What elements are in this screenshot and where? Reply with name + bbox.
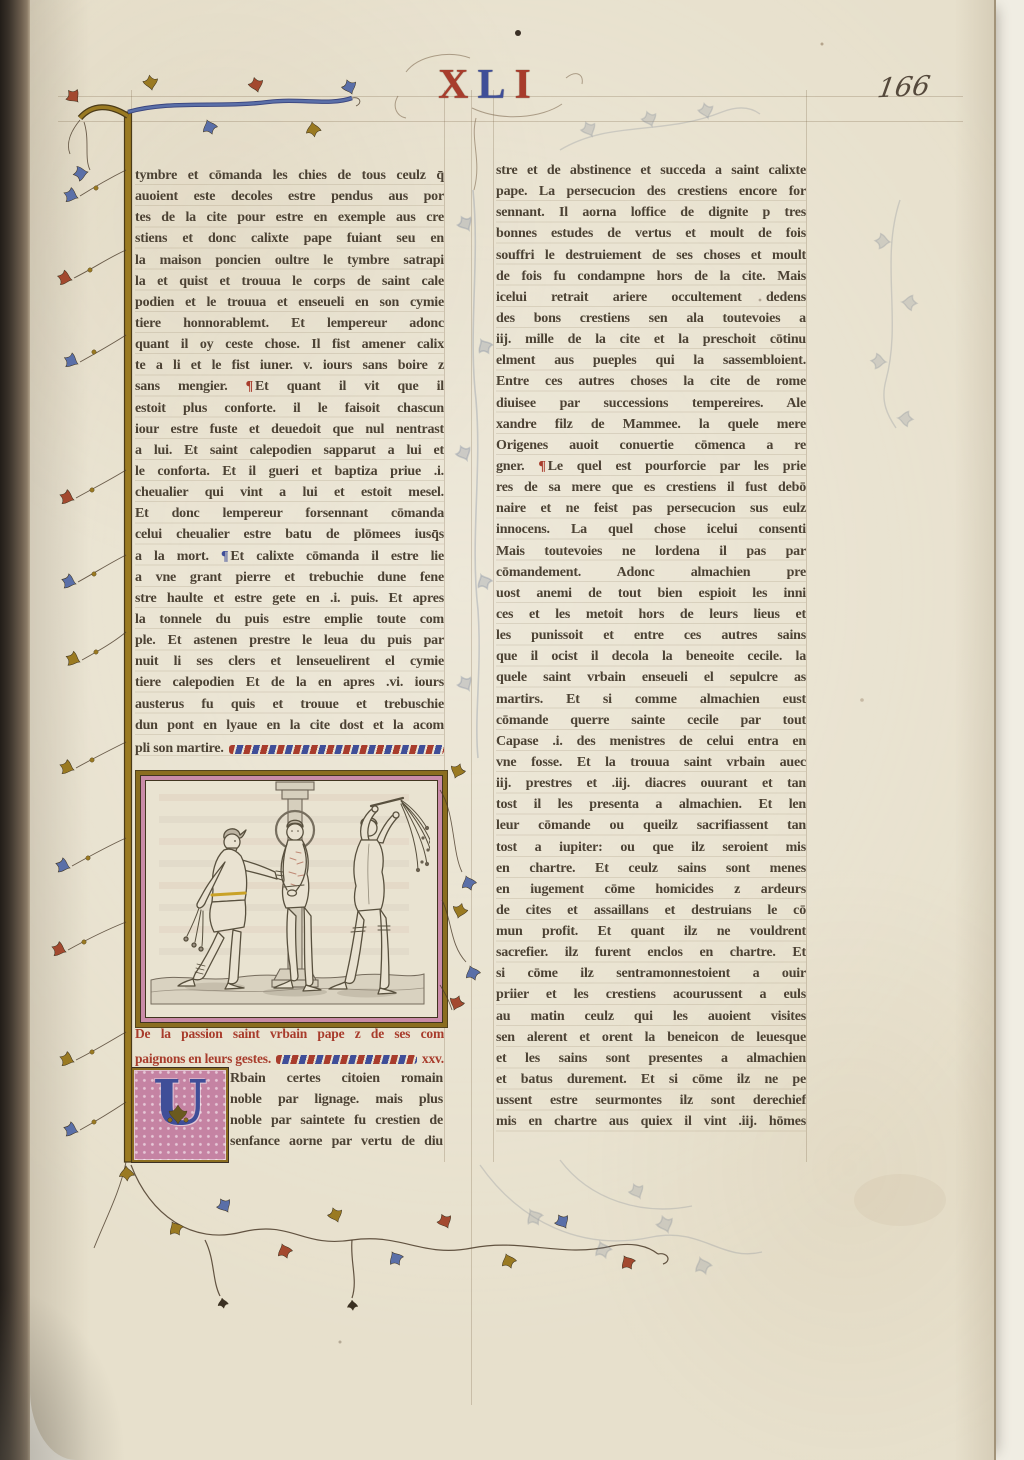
text-line: ussent estre seurmontes ilz sont derechi… [496,1093,806,1114]
text-line: mis en chartre aus quiex il vint .iij. h… [496,1114,806,1135]
text-line: dun pont en lyaue en la cite dost et la … [135,718,444,739]
text-line: tymbre et cōmanda les chies de tous ceul… [135,168,444,189]
line-filler-ornament [229,745,444,754]
text-line: sans mengier. ¶Et quant il vit que il [135,379,444,400]
text-line: pli son martire. [135,739,444,760]
text-line: et les sains sont presentes a almachien [496,1051,806,1072]
initial-foliage-ornament [134,1098,222,1128]
text-line: le conforta. Et il gueri et baptiza priu… [135,464,444,485]
text-line: et batus durement. Et si cōme ilz ne pe [496,1072,806,1093]
miniature-drawing [145,780,430,1010]
ruling-line-vertical [806,90,807,1162]
text-line: austerus fu quis et trouue et trebuschie [135,697,444,718]
text-line: si cōme ilz sentramonnestoient a ouir [496,966,806,987]
text-line: de cites et assaillans et destruians le … [496,903,806,924]
rubric-text: De la passion saint vrbain pape z de ses… [135,1026,444,1070]
text-line: senfance aorne par vertu de diu [230,1134,443,1155]
text-line: cōmandement. Adonc almachien pre [496,565,806,586]
text-line: gner. ¶Le quel est pourforcie par les pr… [496,459,806,480]
ruling-line-vertical [471,90,472,1405]
text-line: iour estre fuste et deuedoit que nul nen… [135,422,444,443]
text-line: iij. mille de la cite et la preschoit cō… [496,332,806,353]
text-line: tost il les presenta a almachien. Et len [496,797,806,818]
text-line: ces et les metoit hors de leurs lieus et [496,607,806,628]
text-line: uost anemi de tout bien espioit les inni [496,586,806,607]
text-line: Rbain certes citoien romain [230,1071,443,1092]
text-line: noble par saintete fu crestien de [230,1113,443,1134]
text-line: iij. prestres et .iij. diacres ouurant e… [496,776,806,797]
text-line: tost a iupiter: ou que ilz seroient mis [496,840,806,861]
text-line: tiere calepodien Et de la en apres .vi. … [135,675,444,696]
running-title-numeral: XLI [404,56,574,116]
pilcrow-mark: ¶ [538,459,547,474]
text-line: que il ocist il decola la beneoite cecil… [496,649,806,670]
text-line: en chartre. Et ceulz sains sont menes [496,861,806,882]
manuscript-photo: 166 XLI tymbre et cōmanda les chies de t… [0,0,1024,1460]
text-line: ple. Et astenen prestre le leua du puis … [135,633,444,654]
text-line: xandre filz de Mammee. la quele mere [496,417,806,438]
text-line: de fois fu condampne hors de la cite. Ma… [496,269,806,290]
running-title-letter: I [515,62,540,108]
text-line: elment aus pueples qui la sassembloient. [496,353,806,374]
right-text-column: stre et de abstinence et succeda a saint… [496,163,806,1135]
text-line: a lui. Et saint calepodien sapparut a lu… [135,443,444,464]
text-line: res de sa mere que es crestiens il fust … [496,480,806,501]
line-filler-ornament [276,1055,417,1064]
text-line: des bons crestiens sen ala toutevoies a [496,311,806,332]
text-line: les punissoit et entre ces autres sains [496,628,806,649]
text-line: podien et le trouua et enseueli en son c… [135,295,444,316]
text-line: quant il oy ceste chose. Il fist amener … [135,337,444,358]
text-line: stre haulte et estre gete en .i. puis. E… [135,591,444,612]
incipit-text: Rbain certes citoien romainnoble par lig… [230,1071,443,1156]
text-line: pape. La persecucion des crestiens encor… [496,184,806,205]
text-line: noble par lignage. mais plus [230,1092,443,1113]
illuminated-initial-U: U [132,1068,228,1162]
text-line: en iugement cōme homicides z ardeurs [496,882,806,903]
page-corner-shadow [0,1240,160,1460]
text-line: estoit plus conforte. il le faisoit chas… [135,401,444,422]
text-line: sacrefier. ilz furent enclos en chartre.… [496,945,806,966]
text-line: a la mort. ¶Et calixte cōmanda il estre … [135,549,444,570]
text-line: stre et de abstinence et succeda a saint… [496,163,806,184]
text-line: au matin ceulz qui les auoient visites [496,1009,806,1030]
text-line: innocens. La quel chose icelui consenti [496,522,806,543]
text-line: la tonnele du puis estre emplie toute co… [135,612,444,633]
text-line: tes de la cite pour estre en exemple aus… [135,210,444,231]
text-line: naire et ne feist pas persecucion sus eu… [496,501,806,522]
text-line: auoient este decoles estre pendus aus po… [135,189,444,210]
text-line: quele saint vrbain enseueli el sepulcre … [496,670,806,691]
text-line: sen alerent et orent la beneicon de leue… [496,1030,806,1051]
text-line: martirs. Et si comme almachien eust [496,692,806,713]
text-line: Capase .i. des menistres de celui entra … [496,734,806,755]
text-line: celui cheualier estre batu de plōmees iu… [135,527,444,548]
ruling-line-horizontal [58,121,963,122]
text-line: Origenes auoit conuertie cōmenca a re [496,438,806,459]
text-line: diuisee par successions tempereires. Ale [496,396,806,417]
rubric-line: De la passion saint vrbain pape z de ses… [135,1026,444,1048]
text-line: sennant. Il aorna loffice de dignite p t… [496,205,806,226]
text-line: Mais toutevoies ne lordena il pas par [496,544,806,565]
text-line: cheualier qui vint a lui et estoit mesel… [135,485,444,506]
text-line: nuit li ses clers et lenseuelirent el cy… [135,654,444,675]
tormentor-right [329,798,430,994]
pilcrow-mark: ¶ [221,549,230,564]
left-text-column: tymbre et cōmanda les chies de tous ceul… [135,168,444,760]
text-line: la et quist et trouua le corps de saint … [135,274,444,295]
text-line: bonnes estudes de vertus et moult de foi… [496,226,806,247]
running-title-letter: X [438,62,477,108]
text-line: souffri le destruiement de ses choses et… [496,248,806,269]
ruling-line-vertical [444,90,445,1162]
running-title-letter: L [477,62,514,108]
miniature-flagellation-scene [141,776,442,1022]
text-line: Et donc lempereur forsennant cōmanda [135,506,444,527]
text-line: Entre ces autres choses la cite de rome [496,374,806,395]
text-line: cōmande querre sainte cecile par tout [496,713,806,734]
text-line: a vne grant pierre et trebuchie dune fen… [135,570,444,591]
text-line: la maison poncien oultre le tymbre satra… [135,253,444,274]
text-line: stiens et donc calixte pape fuiant seu e… [135,231,444,252]
text-line: priier et les crestiens acourussent a eu… [496,987,806,1008]
text-line: tiere honnorablemt. Et lempereur adonc [135,316,444,337]
text-line: icelui retrait ariere occultement dedens [496,290,806,311]
folio-number: 166 [875,71,932,105]
text-line: te a li et le fist iuner. v. iours sans … [135,358,444,379]
text-line: mun profit. Et quant ilz ne vouldrent [496,924,806,945]
ruling-line-vertical [131,90,132,1162]
pilcrow-mark: ¶ [246,379,255,394]
ruling-line-vertical [493,90,494,1162]
text-line: vne fosse. Et la trouua saint vrbain aue… [496,755,806,776]
text-line: leur cōmande ou queilz sacrifiassent tan [496,818,806,839]
